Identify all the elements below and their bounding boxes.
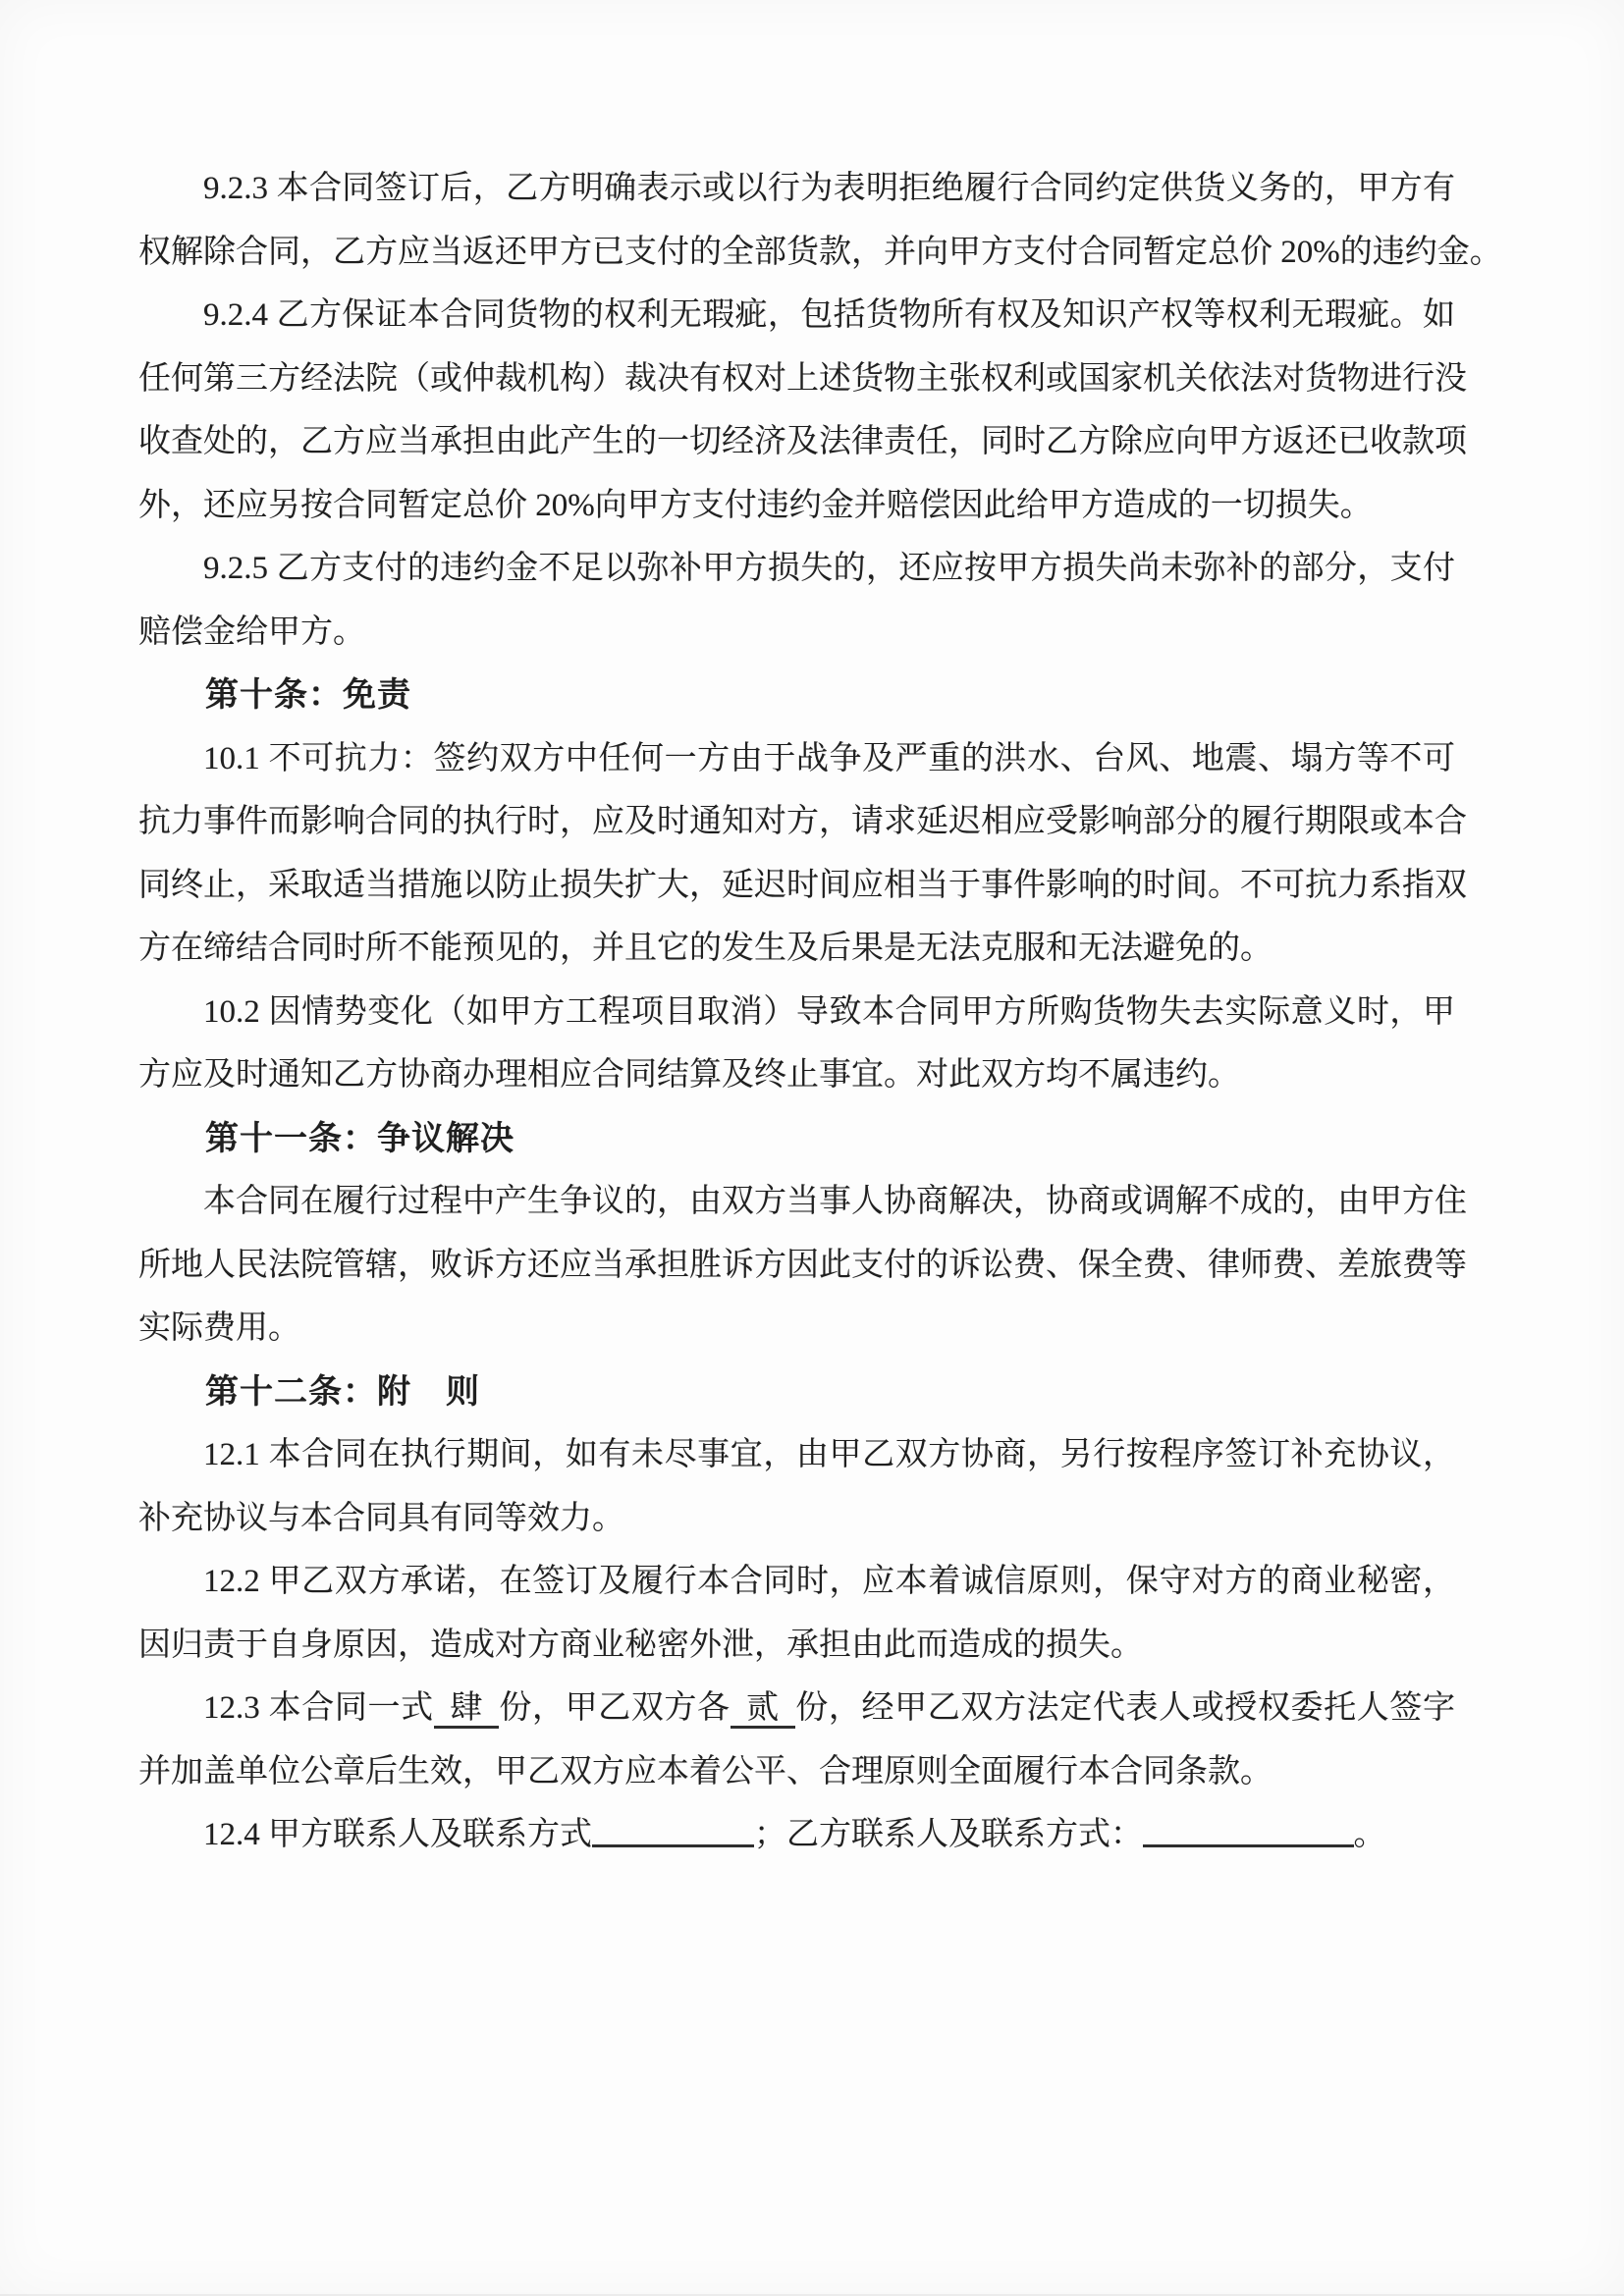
paragraph: 本合同在履行过程中产生争议的，由双方当事人协商解决，协商或调解不成的，由甲方住所…: [138, 1170, 1455, 1361]
text-line: 12.4 甲方联系人及联系方式；乙方联系人及联系方式：。: [138, 1803, 1455, 1867]
text-segment: 实际费用。: [138, 1310, 300, 1346]
text-segment: 本合同在履行过程中产生争议的，由双方当事人协商解决，协商或调解不成的，由甲方住: [203, 1184, 1467, 1219]
filled-blank-value: 贰: [731, 1690, 796, 1729]
text-line: 外，还应另按合同暂定总价 20%向甲方支付违约金并赔偿因此给甲方造成的一切损失。: [138, 474, 1455, 538]
text-segment: 补充协议与本合同具有同等效力。: [138, 1501, 624, 1536]
text-line: 第十条：免责: [138, 664, 1455, 727]
text-segment: 12.2 甲乙双方承诺，在签订及履行本合同时，应本着诚信原则，保守对方的商业秘密…: [203, 1564, 1455, 1599]
contract-page: 9.2.3 本合同签订后，乙方明确表示或以行为表明拒绝履行合同约定供货义务的，甲…: [0, 0, 1624, 2296]
text-line: 9.2.4 乙方保证本合同货物的权利无瑕疵，包括货物所有权及知识产权等权利无瑕疵…: [138, 284, 1455, 347]
text-line: 12.2 甲乙双方承诺，在签订及履行本合同时，应本着诚信原则，保守对方的商业秘密…: [138, 1550, 1455, 1614]
blank-underline: [592, 1818, 754, 1846]
blank-underline: [1143, 1818, 1354, 1846]
text-line: 赔偿金给甲方。: [138, 601, 1455, 665]
text-segment: 第十条：免责: [205, 676, 411, 714]
text-segment: 并加盖单位公章后生效，甲乙双方应本着公平、合理原则全面履行本合同条款。: [138, 1754, 1272, 1789]
text-segment: 9.2.4 乙方保证本合同货物的权利无瑕疵，包括货物所有权及知识产权等权利无瑕疵…: [203, 297, 1455, 333]
text-line: 任何第三方经法院（或仲裁机构）裁决有权对上述货物主张权利或国家机关依法对货物进行…: [138, 347, 1455, 411]
text-segment: 权解除合同，乙方应当返还甲方已支付的全部货款，并向甲方支付合同暂定总价 20%的…: [138, 235, 1502, 270]
text-segment: 份，甲乙双方各: [499, 1690, 730, 1726]
paragraph: 9.2.4 乙方保证本合同货物的权利无瑕疵，包括货物所有权及知识产权等权利无瑕疵…: [138, 284, 1455, 537]
text-line: 方应及时通知乙方协商办理相应合同结算及终止事宜。对此双方均不属违约。: [138, 1043, 1455, 1107]
text-segment: 同终止，采取适当措施以防止损失扩大，延迟时间应相当于事件影响的时间。不可抗力系指…: [138, 868, 1467, 903]
paragraph: 12.2 甲乙双方承诺，在签订及履行本合同时，应本着诚信原则，保守对方的商业秘密…: [138, 1550, 1455, 1677]
text-segment: 12.3 本合同一式: [203, 1690, 434, 1726]
section-heading: 第十二条：附 则: [138, 1361, 1455, 1424]
paragraph: 12.3 本合同一式肆份，甲乙双方各贰份，经甲乙双方法定代表人或授权委托人签字并…: [138, 1677, 1455, 1803]
text-line: 权解除合同，乙方应当返还甲方已支付的全部货款，并向甲方支付合同暂定总价 20%的…: [138, 221, 1455, 285]
text-segment: 抗力事件而影响合同的执行时，应及时通知对方，请求延迟相应受影响部分的履行期限或本…: [138, 804, 1467, 839]
text-segment: 任何第三方经法院（或仲裁机构）裁决有权对上述货物主张权利或国家机关依法对货物进行…: [138, 361, 1467, 397]
text-segment: ；乙方联系人及联系方式：: [754, 1817, 1143, 1852]
paragraph: 10.1 不可抗力：签约双方中任何一方由于战争及严重的洪水、台风、地震、塌方等不…: [138, 727, 1455, 981]
text-segment: 方在缔结合同时所不能预见的，并且它的发生及后果是无法克服和无法避免的。: [138, 931, 1272, 966]
text-line: 并加盖单位公章后生效，甲乙双方应本着公平、合理原则全面履行本合同条款。: [138, 1740, 1455, 1804]
text-line: 第十一条：争议解决: [138, 1107, 1455, 1171]
text-segment: 第十二条：附 则: [205, 1373, 480, 1411]
text-line: 12.1 本合同在执行期间，如有未尽事宜，由甲乙双方协商，另行按程序签订补充协议…: [138, 1423, 1455, 1487]
text-line: 10.2 因情势变化（如甲方工程项目取消）导致本合同甲方所购货物失去实际意义时，…: [138, 981, 1455, 1044]
text-line: 同终止，采取适当措施以防止损失扩大，延迟时间应相当于事件影响的时间。不可抗力系指…: [138, 854, 1455, 918]
filled-blank-value: 肆: [434, 1690, 500, 1729]
text-segment: 外，还应另按合同暂定总价 20%向甲方支付违约金并赔偿因此给甲方造成的一切损失。: [138, 488, 1373, 523]
paragraph: 9.2.3 本合同签订后，乙方明确表示或以行为表明拒绝履行合同约定供货义务的，甲…: [138, 157, 1455, 284]
paragraph: 9.2.5 乙方支付的违约金不足以弥补甲方损失的，还应按甲方损失尚未弥补的部分，…: [138, 537, 1455, 664]
text-segment: 收查处的，乙方应当承担由此产生的一切经济及法律责任，同时乙方除应向甲方返还已收款…: [138, 424, 1467, 459]
text-segment: 12.1 本合同在执行期间，如有未尽事宜，由甲乙双方协商，另行按程序签订补充协议…: [203, 1437, 1455, 1472]
text-line: 所地人民法院管辖，败诉方还应当承担胜诉方因此支付的诉讼费、保全费、律师费、差旅费…: [138, 1234, 1455, 1298]
section-heading: 第十条：免责: [138, 664, 1455, 727]
text-line: 9.2.5 乙方支付的违约金不足以弥补甲方损失的，还应按甲方损失尚未弥补的部分，…: [138, 537, 1455, 601]
section-heading: 第十一条：争议解决: [138, 1107, 1455, 1171]
text-segment: 12.4 甲方联系人及联系方式: [203, 1817, 592, 1852]
text-line: 抗力事件而影响合同的执行时，应及时通知对方，请求延迟相应受影响部分的履行期限或本…: [138, 790, 1455, 854]
text-line: 收查处的，乙方应当承担由此产生的一切经济及法律责任，同时乙方除应向甲方返还已收款…: [138, 410, 1455, 474]
text-segment: 因归责于自身原因，造成对方商业秘密外泄，承担由此而造成的损失。: [138, 1628, 1143, 1663]
text-line: 补充协议与本合同具有同等效力。: [138, 1487, 1455, 1551]
paragraph: 12.4 甲方联系人及联系方式；乙方联系人及联系方式：。: [138, 1803, 1455, 1867]
text-segment: 赔偿金给甲方。: [138, 614, 365, 650]
text-segment: 10.1 不可抗力：签约双方中任何一方由于战争及严重的洪水、台风、地震、塌方等不…: [203, 741, 1455, 776]
text-segment: 方应及时通知乙方协商办理相应合同结算及终止事宜。对此双方均不属违约。: [138, 1057, 1240, 1093]
paragraph: 12.1 本合同在执行期间，如有未尽事宜，由甲乙双方协商，另行按程序签订补充协议…: [138, 1423, 1455, 1550]
document-body: 9.2.3 本合同签订后，乙方明确表示或以行为表明拒绝履行合同约定供货义务的，甲…: [138, 157, 1455, 1867]
text-segment: 份，经甲乙双方法定代表人或授权委托人签字: [795, 1690, 1455, 1726]
paragraph: 10.2 因情势变化（如甲方工程项目取消）导致本合同甲方所购货物失去实际意义时，…: [138, 981, 1455, 1107]
text-line: 方在缔结合同时所不能预见的，并且它的发生及后果是无法克服和无法避免的。: [138, 917, 1455, 981]
text-segment: 所地人民法院管辖，败诉方还应当承担胜诉方因此支付的诉讼费、保全费、律师费、差旅费…: [138, 1248, 1467, 1283]
text-segment: 第十一条：争议解决: [205, 1120, 514, 1157]
text-segment: 9.2.5 乙方支付的违约金不足以弥补甲方损失的，还应按甲方损失尚未弥补的部分，…: [203, 551, 1455, 586]
text-segment: 10.2 因情势变化（如甲方工程项目取消）导致本合同甲方所购货物失去实际意义时，…: [203, 994, 1455, 1030]
text-line: 因归责于自身原因，造成对方商业秘密外泄，承担由此而造成的损失。: [138, 1614, 1455, 1678]
text-line: 实际费用。: [138, 1297, 1455, 1361]
text-line: 第十二条：附 则: [138, 1361, 1455, 1424]
text-segment: 。: [1354, 1817, 1386, 1852]
text-line: 9.2.3 本合同签订后，乙方明确表示或以行为表明拒绝履行合同约定供货义务的，甲…: [138, 157, 1455, 221]
text-segment: 9.2.3 本合同签订后，乙方明确表示或以行为表明拒绝履行合同约定供货义务的，甲…: [203, 171, 1455, 206]
text-line: 10.1 不可抗力：签约双方中任何一方由于战争及严重的洪水、台风、地震、塌方等不…: [138, 727, 1455, 791]
text-line: 本合同在履行过程中产生争议的，由双方当事人协商解决，协商或调解不成的，由甲方住: [138, 1170, 1455, 1234]
text-line: 12.3 本合同一式肆份，甲乙双方各贰份，经甲乙双方法定代表人或授权委托人签字: [138, 1677, 1455, 1740]
